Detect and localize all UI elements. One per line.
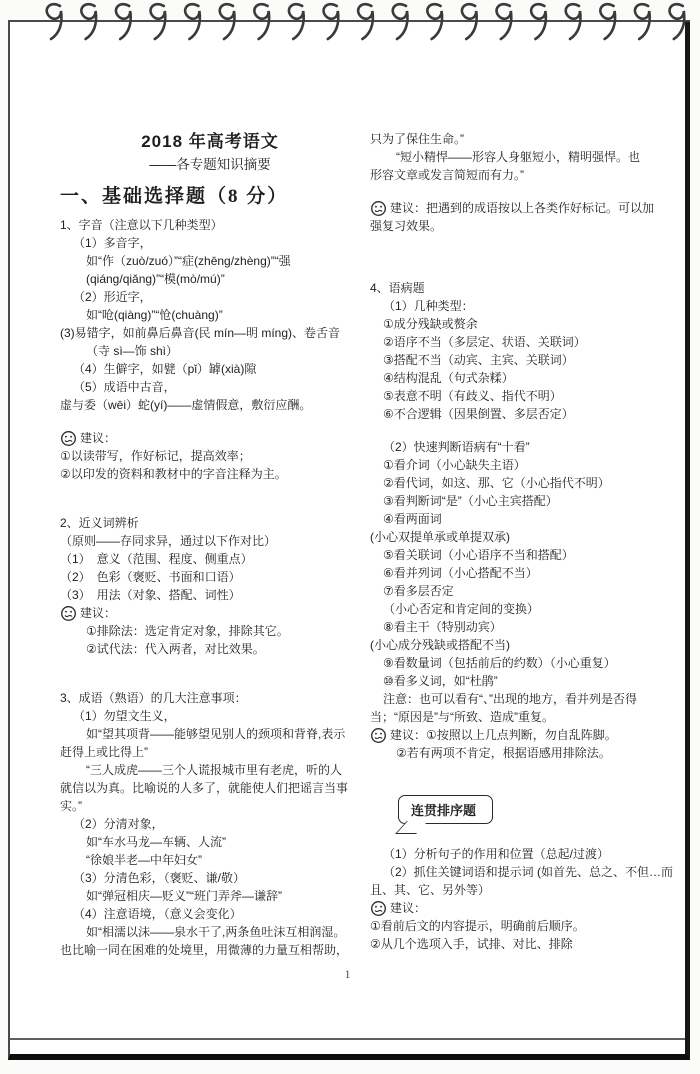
smiley-icon (60, 605, 77, 622)
footer-rule (10, 1038, 685, 1040)
advice-text: 建议： (80, 604, 116, 622)
text-line: （5）成语中古音， (73, 378, 360, 396)
text-line: ⑦看多层否定 (383, 582, 672, 600)
text-line: 虚与委（wēi）蛇(yí)——虚情假意，敷衍应酬。 (60, 396, 360, 414)
spacer (370, 235, 672, 279)
topic-bubble: 连贯排序题 (398, 795, 672, 829)
text-line: (qiáng/qiǎng)”“模(mò/mú)” (86, 270, 360, 288)
text-line: 形容文章或发言简短而有力。” (370, 166, 672, 184)
text-line: ①排除法：选定肯定对象，排除其它。 (86, 622, 360, 640)
advice-text: 建议： (390, 899, 426, 917)
text-line: 就信以为真。比喻说的人多了，就能使人们把谣言当事 (60, 779, 360, 797)
text-line: ③看判断词“是”（小心主宾搭配） (383, 492, 672, 510)
text-line: 4、语病题 (370, 279, 672, 297)
advice-note: 建议： (370, 899, 672, 917)
spacer (60, 483, 360, 514)
text-line: （2）形近字， (73, 288, 360, 306)
text-line: （3） 用法（对象、搭配、词性） (60, 586, 360, 604)
section-heading: 一、基础选择题（8 分） (60, 182, 360, 212)
text-line: （2）抓住关键词语和提示词 (如首先、总之、不但…而 (383, 863, 672, 881)
smiley-icon (370, 900, 387, 917)
text-line: （1）勿望文生义， (73, 707, 360, 725)
text-line: 当；“原因是”与“所致、造成”重复。 (370, 708, 672, 726)
advice-text: 建议： (80, 429, 116, 447)
text-line: 2、近义词辨析 (60, 514, 360, 532)
text-line: （2）快速判断语病有“十看” (383, 438, 672, 456)
text-line: 注意：也可以看有“、”出现的地方，看并列是否得 (383, 690, 672, 708)
text-line: （3）分清色彩，（褒贬、谦/敬） (73, 869, 360, 887)
text-line: 1、字音（注意以下几种类型） (60, 216, 360, 234)
spacer (60, 414, 360, 429)
notebook-page: 2018 年高考语文——各专题知识摘要一、基础选择题（8 分）1、字音（注意以下… (8, 20, 690, 1060)
text-line: （2）分清对象， (73, 815, 360, 833)
smiley-icon (370, 200, 387, 217)
smiley-icon (60, 430, 77, 447)
spacer (370, 184, 672, 199)
text-line: ⑤看关联词（小心语序不当和搭配） (383, 546, 672, 564)
text-line: 如“弹冠相庆—贬义”“班门弄斧—谦辞” (86, 887, 360, 905)
text-line: ⑧看主干（特别动宾） (383, 618, 672, 636)
text-line: ②以印发的资料和教材中的字音注释为主。 (60, 465, 360, 483)
text-line: ②语序不当（多层定、状语、关联词） (383, 333, 672, 351)
text-line: ⑥不合逻辑（因果倒置、多层否定） (383, 405, 672, 423)
text-line: ②从几个选项入手，试排、对比、排除 (370, 935, 672, 953)
text-line: ⑨看数量词（包括前后的约数）（小心重复） (383, 654, 672, 672)
text-line: 如“相濡以沫——泉水干了,两条鱼吐沫互相润湿。 (86, 923, 360, 941)
right-column: 只为了保住生命。”“短小精悍——形容人身躯短小，精明强悍。也形容文章或发言简短而… (370, 108, 672, 959)
text-line: ④结构混乱（句式杂糅） (383, 369, 672, 387)
advice-note: 建议：①按照以上几点判断，勿自乱阵脚。 (370, 726, 672, 744)
left-column: 2018 年高考语文——各专题知识摘要一、基础选择题（8 分）1、字音（注意以下… (60, 108, 360, 959)
text-line: (小心双提单承或单提双承) (370, 528, 672, 546)
text-line: （4）注意语境，（意义会变化） (73, 905, 360, 923)
text-line: ④看两面词 (383, 510, 672, 528)
two-column-text-area: 2018 年高考语文——各专题知识摘要一、基础选择题（8 分）1、字音（注意以下… (60, 108, 672, 959)
text-line: 如“作（zuò/zuó）”“症(zhēng/zhèng)”“强 (86, 252, 360, 270)
text-line: “徐娘半老—中年妇女” (86, 851, 360, 869)
advice-text: 建议：①按照以上几点判断，勿自乱阵脚。 (390, 726, 617, 744)
text-line: ①以读带写，作好标记，提高效率； (60, 447, 360, 465)
text-line: 只为了保住生命。” (370, 130, 672, 148)
advice-note: 建议：把遇到的成语按以上各类作好标记。可以加 (370, 199, 672, 217)
text-line: ②看代词，如这、那、它（小心指代不明） (383, 474, 672, 492)
text-line: “短小精悍——形容人身躯短小，精明强悍。也 (396, 148, 672, 166)
text-line: （寺 sì—饰 shì） (86, 342, 360, 360)
text-line: ③搭配不当（动宾、主宾、关联词） (383, 351, 672, 369)
text-line: （原则——存同求异，通过以下作对比） (60, 532, 360, 550)
smiley-icon (370, 727, 387, 744)
text-line: 赶得上或比得上” (60, 743, 360, 761)
spacer (370, 762, 672, 793)
text-line: 且、其、它、另外等） (370, 881, 672, 899)
text-line: （1）多音字， (73, 234, 360, 252)
text-line: (3)易错字，如前鼻后鼻音(民 mín—明 míng)、卷舌音 (60, 324, 360, 342)
text-line: （2） 色彩（褒贬、书面和口语） (60, 568, 360, 586)
doc-title: 2018 年高考语文 (60, 130, 360, 154)
text-line: 如“呛(qiàng)”“怆(chuàng)” (86, 306, 360, 324)
spacer (60, 658, 360, 689)
text-line: 也比喻一同在困难的处境里，用微薄的力量互相帮助， (60, 941, 360, 959)
text-line: 强复习效果。 (370, 217, 672, 235)
doc-subtitle: ——各专题知识摘要 (60, 154, 360, 176)
page-number: 1 (10, 967, 685, 982)
text-line: （4）生僻字，如甓（pǐ）罅(xià)隙 (73, 360, 360, 378)
text-line: （1）分析句子的作用和位置（总起/过渡） (383, 845, 672, 863)
text-line: (小心成分残缺或搭配不当) (370, 636, 672, 654)
text-line: ①成分残缺或赘余 (383, 315, 672, 333)
text-line: ①看介词（小心缺失主语） (383, 456, 672, 474)
text-line: ②试代法：代入两者，对比效果。 (86, 640, 360, 658)
text-line: （1）几种类型： (383, 297, 672, 315)
text-line: 3、成语（熟语）的几大注意事项： (60, 689, 360, 707)
text-line: ①看前后文的内容提示，明确前后顺序。 (370, 917, 672, 935)
text-line: 如“望其项背——能够望见别人的颈项和背脊,表示 (86, 725, 360, 743)
advice-note: 建议： (60, 604, 360, 622)
text-line: 如“车水马龙—车辆、人流” (86, 833, 360, 851)
spiral-binding (0, 0, 700, 54)
advice-text: 建议：把遇到的成语按以上各类作好标记。可以加 (390, 199, 654, 217)
topic-bubble-label: 连贯排序题 (398, 795, 493, 824)
text-line: “三人成虎——三个人谎报城市里有老虎，听的人 (86, 761, 360, 779)
text-line: 实。” (60, 797, 360, 815)
text-line: （小心否定和肯定间的变换） (383, 600, 672, 618)
text-line: （1） 意义（范围、程度、侧重点） (60, 550, 360, 568)
text-line: ⑥看并列词（小心搭配不当） (383, 564, 672, 582)
advice-note: 建议： (60, 429, 360, 447)
text-line: ⑩看多义词，如“杜鹃” (383, 672, 672, 690)
text-line: ②若有两项不肯定，根据语感用排除法。 (396, 744, 672, 762)
spacer (370, 423, 672, 438)
text-line: ⑤表意不明（有歧义、指代不明） (383, 387, 672, 405)
